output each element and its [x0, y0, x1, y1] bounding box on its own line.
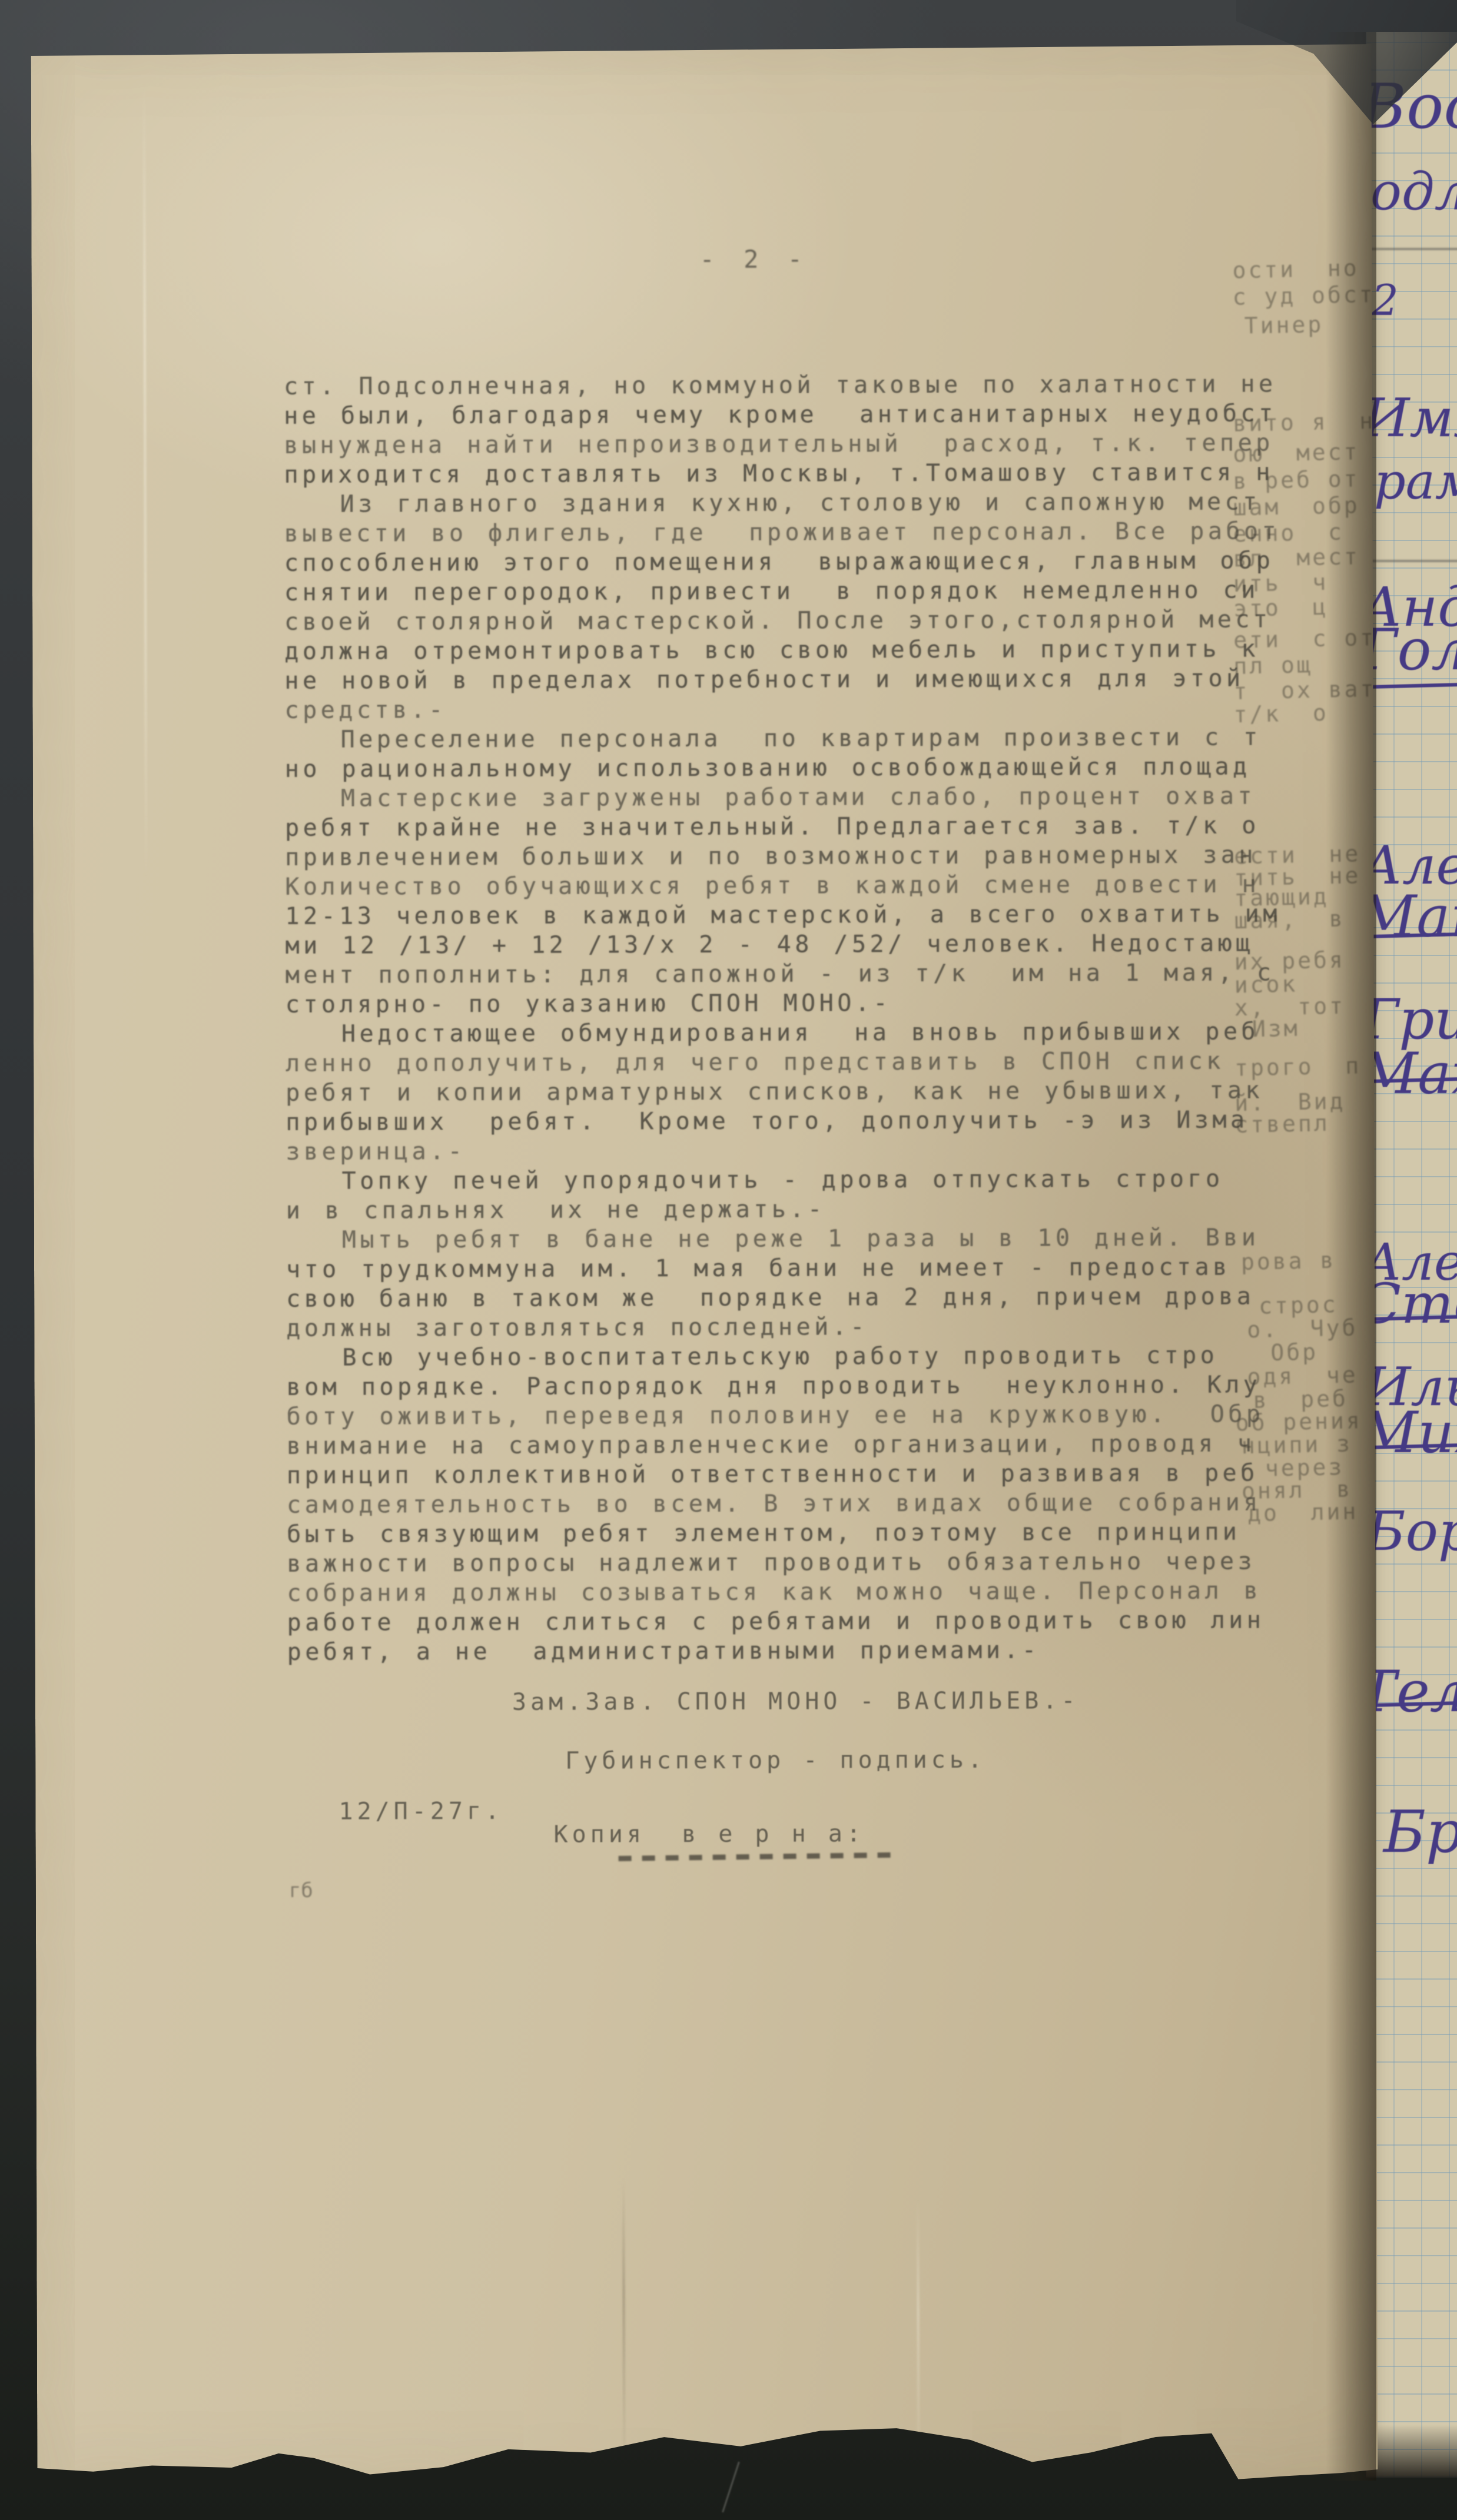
handwritten-entry: Бори — [1366, 1505, 1457, 1559]
typed-line: вом порядке. Распорядок дня проводить не… — [286, 1370, 1322, 1402]
handwritten-entry: Голо — [1366, 622, 1457, 678]
signature-line: Зам.Зав. СПОН МОНО - ВАСИЛЬЕВ.- — [512, 1687, 1080, 1716]
curl-text-fragment: пл ощ — [1233, 652, 1313, 679]
typed-line: способлению этого помещения выражающиеся… — [284, 546, 1320, 578]
typed-line: быть связующим ребят элементом, поэтому … — [287, 1517, 1323, 1549]
typed-line: Количество обучающихся ребят в каждой см… — [285, 869, 1321, 902]
page-curl-shadow — [1326, 32, 1376, 2481]
typed-line: Мастерские загружены работами слабо, про… — [285, 781, 1321, 814]
typed-line: ми 12 /13/ + 12 /13/х 2 - 48 /52/ челове… — [286, 928, 1322, 961]
typed-line: зверинца.- — [286, 1134, 1322, 1167]
page-number: - 2 - — [699, 245, 809, 274]
notebook-page: Восподли2ИмярамАндреГолоАлекМатГригоМахА… — [1366, 32, 1457, 2478]
date-stamp: 12/П-27г. — [338, 1798, 503, 1825]
inspector-line: Губинспектор - подпись. — [565, 1747, 986, 1775]
handwritten-entry: рам — [1374, 457, 1457, 506]
pencil-line — [1366, 560, 1457, 562]
typist-initials: гб — [289, 1879, 313, 1903]
typed-line: прибывших ребят. Кроме того, дополучить … — [286, 1105, 1322, 1137]
paper-crease — [143, 82, 148, 877]
curl-text-fragment: Тинер — [1244, 311, 1323, 339]
curl-text-fragment: это ц — [1233, 594, 1329, 622]
typed-line: должны заготовляться последней.- — [286, 1311, 1322, 1343]
typed-line: ст. Подсолнечная, но коммуной таковые по… — [284, 369, 1320, 401]
typed-line: Всю учебно-воспитательскую работу провод… — [286, 1340, 1322, 1373]
handwritten-entry: одли — [1370, 166, 1457, 218]
background-scratch — [722, 2462, 740, 2513]
typed-line: привлечением больших и по возможности ра… — [285, 840, 1321, 872]
typed-line: свою баню в таком же порядке на 2 дня, п… — [286, 1281, 1322, 1314]
typed-line: принцип коллективной ответственности и р… — [287, 1458, 1323, 1490]
handwritten-entry: Имя — [1366, 392, 1457, 445]
handwritten-entry: Теле — [1366, 1664, 1457, 1720]
scanned-document-photo: Восподли2ИмярамАндреГолоАлекМатГригоМахА… — [0, 0, 1457, 2520]
certify-label: Копия в е р н а: — [553, 1820, 865, 1848]
typed-line: не новой в пределах потребности и имеющи… — [284, 663, 1320, 696]
typed-line: самодеятельность во всем. В этих видах о… — [287, 1488, 1323, 1520]
typed-line: вынуждена найти непроизводительный расхо… — [284, 428, 1320, 460]
typed-line: не были, благодаря чему кроме антисанита… — [284, 399, 1320, 431]
typed-line: Переселение персонала по квартирам произ… — [285, 722, 1321, 755]
curl-text-fragment: рова в — [1241, 1247, 1336, 1275]
typed-line: собрания должны созываться как можно чащ… — [287, 1576, 1323, 1608]
curl-text-fragment: ствепл — [1234, 1110, 1330, 1138]
handwritten-entry: Стец — [1366, 1277, 1457, 1332]
typed-line: боту оживить, переведя половину ее на кр… — [287, 1399, 1323, 1432]
typed-line: ребят, а не административными приемами.- — [287, 1635, 1323, 1667]
typed-text-body: ст. Подсолнечная, но коммуной таковые по… — [284, 369, 1323, 1667]
typed-line: важности вопросы надлежит проводить обяз… — [287, 1546, 1323, 1579]
curl-text-fragment: Обр — [1270, 1339, 1319, 1366]
paper-crease — [622, 2177, 625, 2477]
typed-line: приходится доставлять из Москвы, т.Томаш… — [284, 457, 1320, 490]
typed-line: Недостающее обмундирования на вновь приб… — [286, 1017, 1322, 1049]
typed-line: внимание на самоуправленческие организац… — [287, 1429, 1323, 1461]
typed-line: снятии перегородок, привести в порядок н… — [284, 575, 1320, 607]
typed-line: должна отремонтировать всю свою мебель и… — [284, 634, 1320, 666]
handwritten-entry: Мих — [1366, 1405, 1457, 1461]
pencil-line — [1366, 248, 1457, 250]
typed-line: ленно дополучить, для чего представить в… — [286, 1046, 1322, 1078]
typed-line: своей столярной мастерской. После этого,… — [284, 605, 1320, 637]
typewritten-page: - 2 - ст. Подсолнечная, но коммуной тако… — [31, 44, 1378, 2486]
curl-text-fragment: ить ч — [1233, 569, 1329, 597]
certify-dashed-underline — [619, 1852, 895, 1861]
typed-line: столярно- по указанию СПОН МОНО.- — [286, 987, 1322, 1020]
typed-line: вывести во флигель, где проживает персон… — [284, 516, 1320, 549]
typed-line: средств.- — [284, 693, 1320, 725]
typed-line: но рациональному использованию освобожда… — [285, 752, 1321, 784]
handwritten-entry: Григо — [1366, 992, 1457, 1048]
typed-line: что трудкоммуна им. 1 мая бани не имеет … — [286, 1252, 1322, 1284]
typed-line: Мыть ребят в бане не реже 1 раза ы в 10 … — [286, 1223, 1322, 1255]
curl-text-fragment: Изм — [1252, 1015, 1300, 1042]
typed-line: и в спальнях их не держать.- — [286, 1193, 1322, 1226]
paper-crease — [917, 2200, 920, 2476]
typed-line: ребят крайне не значительный. Предлагает… — [285, 811, 1321, 843]
typed-line: Из главного здания кухню, столовую и сап… — [284, 487, 1320, 519]
handwritten-entry: Мах — [1366, 1045, 1457, 1102]
typed-line: 12-13 человек в каждой мастерской, а все… — [285, 899, 1321, 931]
typed-line: работе должен слиться с ребятами и прово… — [287, 1605, 1323, 1638]
typed-line: Топку печей упорядочить - дрова отпускат… — [286, 1164, 1322, 1196]
typed-line: мент пополнить: для сапожной - из т/к им… — [286, 958, 1322, 990]
handwriting-underline — [1366, 683, 1457, 689]
handwritten-entry: Бри — [1383, 1804, 1457, 1861]
curl-text-fragment: т/к о — [1233, 700, 1329, 728]
typed-line: ребят и копии арматурных списков, как не… — [286, 1075, 1322, 1108]
